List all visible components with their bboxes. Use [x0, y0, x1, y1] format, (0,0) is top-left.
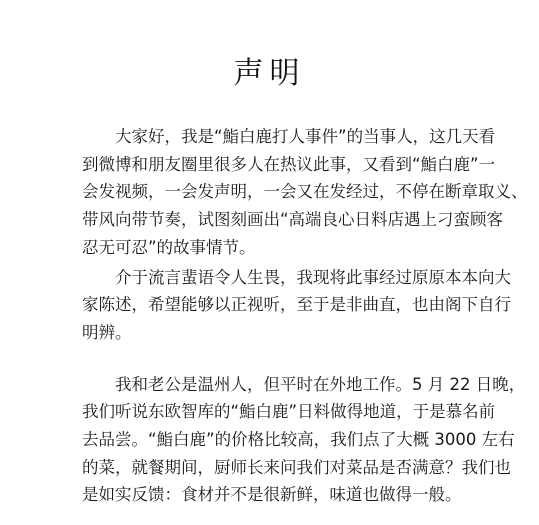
text-line: 大家好，我是“鮨白鹿打人事件”的当事人，这几天看: [82, 123, 466, 151]
text-line: 忍无可忍”的故事情节。: [82, 234, 466, 262]
text-line: 到微博和朋友圈里很多人在热议此事，又看到“鮨白鹿”一: [82, 151, 466, 179]
text-line: 我们听说东欧智库的“鮨白鹿”日料做得地道，于是慕名前: [82, 398, 466, 426]
text-line: 是如实反馈：食材并不是很新鲜，味道也做得一般。: [82, 481, 466, 509]
text-line: 介于流言蜚语令人生畏，我现将此事经过原原本本向大: [82, 264, 466, 292]
text-line: 会发视频，一会发声明，一会又在发经过，不停在断章取义、: [82, 178, 466, 206]
text-line: 明辨。: [82, 319, 466, 347]
text-line: 带风向带节奏，试图刻画出“高端良心日料店遇上刁蛮顾客: [82, 206, 466, 234]
text-line: 去品尝。“鮨白鹿”的价格比较高，我们点了大概 3000 左右: [82, 426, 466, 454]
text-line: 的菜，就餐期间，厨师长来问我们对菜品是否满意？我们也: [82, 454, 466, 482]
document-title: 声明: [0, 48, 539, 92]
paragraph-intro: 大家好，我是“鮨白鹿打人事件”的当事人，这几天看 到微博和朋友圈里很多人在热议此…: [82, 123, 466, 262]
text-line: 家陈述，希望能够以正视听，至于是非曲直，也由阁下自行: [82, 291, 466, 319]
text-line: 我和老公是温州人，但平时在外地工作。5 月 22 日晚，: [82, 371, 466, 399]
paragraph-purpose: 介于流言蜚语令人生畏，我现将此事经过原原本本向大 家陈述，希望能够以正视听，至于…: [82, 264, 466, 347]
document-body: 大家好，我是“鮨白鹿打人事件”的当事人，这几天看 到微博和朋友圈里很多人在热议此…: [82, 123, 466, 509]
paragraph-account: 我和老公是温州人，但平时在外地工作。5 月 22 日晚， 我们听说东欧智库的“鮨…: [82, 371, 466, 510]
